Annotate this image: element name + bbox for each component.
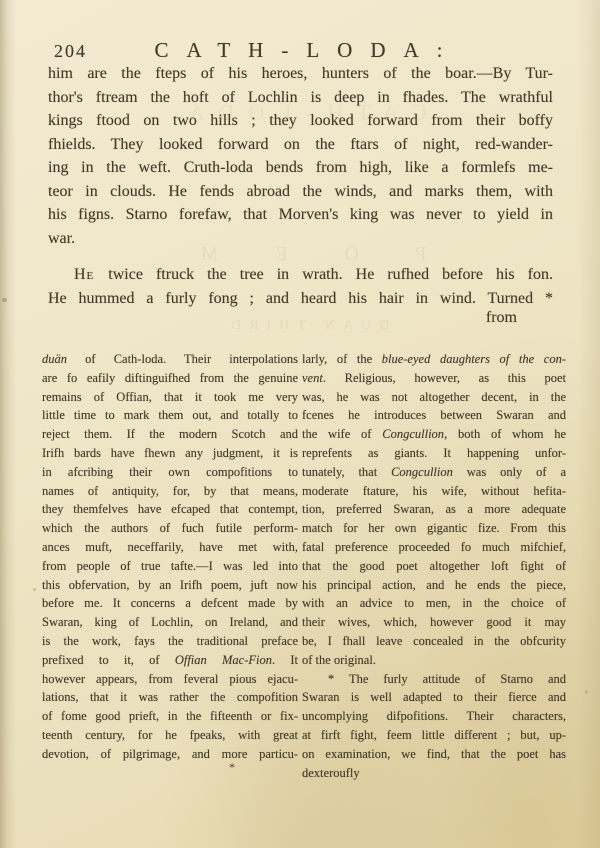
- text-line: teor in clouds. He fends abroad the wind…: [48, 180, 553, 204]
- text-line: match for her own gigantic fize. From th…: [302, 519, 566, 538]
- text-line: little time to mark them out, and totall…: [42, 406, 298, 425]
- text-line: on examination, we find, that the poet h…: [302, 745, 566, 764]
- text-line: prefixed to it, of Offian Mac-Fion. It: [42, 651, 298, 670]
- catchword-mid: from: [48, 309, 553, 327]
- text-line: uncomplying difpofitions. Their characte…: [302, 707, 566, 726]
- text-line: of fome good prieft, in the fifteenth or…: [42, 707, 298, 726]
- body-paragraph-1: him are the fteps of his heroes, hunters…: [48, 62, 553, 250]
- text-line: tion, preferred Swaran, as a more adequa…: [302, 500, 566, 519]
- text-line: vent. Religious, however, as this poet: [302, 369, 566, 388]
- text-line: * The furly attitude of Starno and: [302, 670, 566, 689]
- text-line: devotion, of pilgrimage, and more partic…: [42, 745, 298, 764]
- text-line: this obfervation, by an Irifh poem, juft…: [42, 576, 298, 595]
- text-line: his figns. Starno forefaw, that Morven's…: [48, 203, 553, 227]
- catchword-bottom: dexteroufly: [302, 764, 566, 783]
- text-line: He hummed a furly fong ; and heard his h…: [48, 287, 553, 311]
- text-line: ances muft, neceffarily, have met with,: [42, 538, 298, 557]
- text-line: before me. It concerns a defcent made by: [42, 594, 298, 613]
- text-line: Irifh bards have fhewn any judgment, it …: [42, 444, 298, 463]
- page-title: CATH-LODA:: [48, 38, 553, 63]
- text-line: of the original.: [302, 651, 566, 670]
- text-line: teenth century, for he fpeaks, with grea…: [42, 726, 298, 745]
- text-line: the wife of Congcullion, both of whom he: [302, 425, 566, 444]
- text-line: from people of true tafte.—I was led int…: [42, 557, 298, 576]
- text-line: tunately, that Congcullion was only of a: [302, 463, 566, 482]
- text-line: Swaran is well adapted to their fierce a…: [302, 688, 566, 707]
- paper-speck: [33, 588, 36, 591]
- signature-mark: *: [229, 760, 235, 775]
- text-line: remains of Offian, that it took me very: [42, 388, 298, 407]
- body-paragraph-2: He twice ftruck the tree in wrath. He ru…: [48, 263, 553, 310]
- text-line: moderate ftature, his wife, without hefi…: [302, 482, 566, 501]
- footnote-column-left: duän of Cath-loda. Their interpolationsa…: [42, 350, 298, 764]
- text-line: with an advice to men, in the choice of: [302, 594, 566, 613]
- text-line: reject them. If the modern Scotch and: [42, 425, 298, 444]
- text-line: in afcribing their own compofitions to: [42, 463, 298, 482]
- text-line: thor's ftream the hoft of Lochlin is dee…: [48, 86, 553, 110]
- text-line: lations, that it was rather the compofit…: [42, 688, 298, 707]
- text-line: his principal action, and he ends the pi…: [302, 576, 566, 595]
- text-line: is the work, fays the traditional prefac…: [42, 632, 298, 651]
- text-line: names of antiquity, for, by that means,: [42, 482, 298, 501]
- text-line: that the good poet altogether loft fight…: [302, 557, 566, 576]
- paper-speck: [2, 298, 7, 302]
- text-line: be, I fhall leave concealed in the obfcu…: [302, 632, 566, 651]
- footnote-column-right: larly, of the blue-eyed daughters of the…: [302, 350, 566, 782]
- text-line: Swaran, king of Lochlin, on Ireland, and: [42, 613, 298, 632]
- text-line: are fo eafily diftinguifhed from the gen…: [42, 369, 298, 388]
- text-line: fatal preference proceeded fo much mifch…: [302, 538, 566, 557]
- text-line: was, he was not altogether decent, in th…: [302, 388, 566, 407]
- text-line: they themfelves have efcaped that contem…: [42, 500, 298, 519]
- text-line: however appears, from feveral pious ejac…: [42, 670, 298, 689]
- text-line: him are the fteps of his heroes, hunters…: [48, 62, 553, 86]
- text-line: fhields. They looked forward on the ftar…: [48, 133, 553, 157]
- text-line: ing in the weft. Cruth-loda bends from h…: [48, 156, 553, 180]
- text-line: kings ftood on two hills ; they looked f…: [48, 109, 553, 133]
- running-header: 204 CATH-LODA:: [48, 38, 553, 64]
- text-line: at firft fight, feem little different ; …: [302, 726, 566, 745]
- text-line: war.: [48, 227, 553, 251]
- text-line: fcenes he introduces between Swaran and: [302, 406, 566, 425]
- text-line: which the authors of fuch futile perform…: [42, 519, 298, 538]
- text-line: larly, of the blue-eyed daughters of the…: [302, 350, 566, 369]
- text-line: their wives, which, however good it may: [302, 613, 566, 632]
- paper-speck: [585, 690, 588, 694]
- footnote-right-lines: larly, of the blue-eyed daughters of the…: [302, 350, 566, 764]
- text-line: reprefents as giants. It happening unfor…: [302, 444, 566, 463]
- book-page: CATH-LODA P O E M DUAN THIRD. 204 CATH-L…: [0, 0, 600, 848]
- text-line: He twice ftruck the tree in wrath. He ru…: [48, 263, 553, 287]
- text-line: duän of Cath-loda. Their interpolations: [42, 350, 298, 369]
